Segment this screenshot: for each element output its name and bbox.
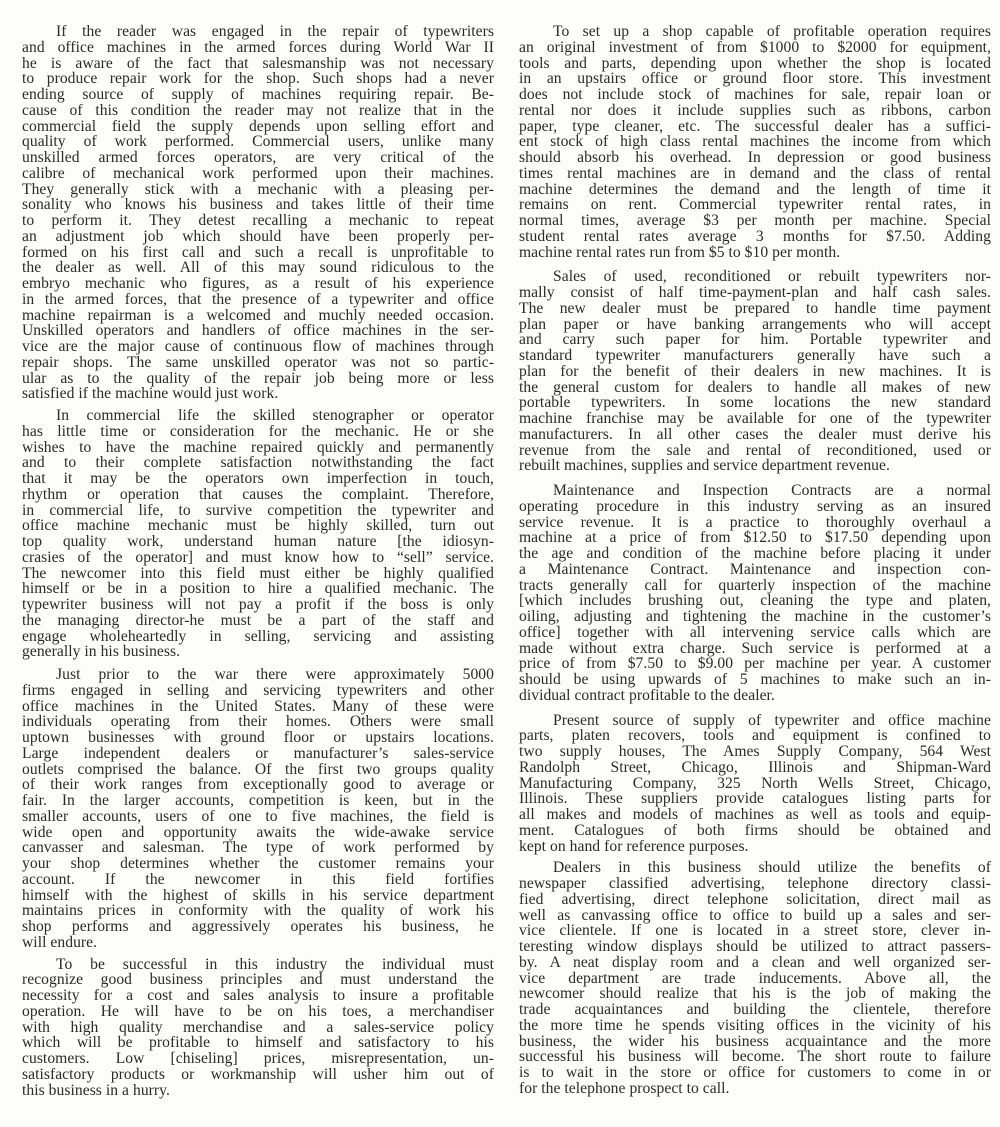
text-line: plan for the benefit of their dealers in… (519, 364, 991, 380)
text-line: canvasser and salesman. The type of work… (22, 840, 494, 856)
text-line: by. A neat display room and a clean and … (519, 955, 991, 971)
document-page: If the reader was engaged in the repair … (0, 0, 1000, 1127)
text-line: should be using upwards of 5 machines to… (519, 672, 991, 688)
text-line: formed on his first call and such a reca… (22, 245, 494, 261)
text-line: vice department are trade inducements. A… (519, 971, 991, 987)
text-line: machine determines the demand and the le… (519, 182, 991, 198)
text-line: Dealers in this business should utilize … (519, 860, 991, 876)
text-line: fied advertising, direct telephone solic… (519, 892, 991, 908)
text-line: manufacturers. In all other cases the de… (519, 427, 991, 443)
text-line: this business in a hurry. (22, 1083, 494, 1099)
text-line: To be successful in this industry the in… (22, 957, 494, 973)
text-line: Unskilled operators and handlers of offi… (22, 323, 494, 339)
text-line: operation. He will have to be on his toe… (22, 1004, 494, 1020)
text-line: Illinois. These suppliers provide catalo… (519, 791, 991, 807)
text-line: To set up a shop capable of profitable o… (519, 24, 991, 40)
text-line: your shop determines whether the custome… (22, 856, 494, 872)
text-line: to perform it. They detest recalling a m… (22, 213, 494, 229)
paragraph: Present source of supply of typewriter a… (519, 713, 991, 855)
text-line: office machines in the United States. Ma… (22, 699, 494, 715)
text-line: individuals operating from their homes. … (22, 714, 494, 730)
text-line: with high quality merchandise and a sale… (22, 1020, 494, 1036)
text-line: for the telephone prospect to call. (519, 1081, 991, 1097)
text-line: tools and parts, depending upon whether … (519, 56, 991, 72)
text-line: parts, platen recovers, tools and equipm… (519, 728, 991, 744)
text-line: Randolph Street, Chicago, Illinois and S… (519, 760, 991, 776)
text-line: and carry such paper for him. Portable t… (519, 332, 991, 348)
text-line: in the armed forces, that the presence o… (22, 292, 494, 308)
text-line: typewriter business will not pay a profi… (22, 597, 494, 613)
text-line: office] together with all intervening se… (519, 625, 991, 641)
text-line: mally consist of half time-payment-plan … (519, 285, 991, 301)
text-line: an original investment of from $1000 to … (519, 40, 991, 56)
text-line: If the reader was engaged in the repair … (22, 24, 494, 40)
text-line: embryo mechanic who figures, as a result… (22, 276, 494, 292)
text-line: crasies of the operator] and must know h… (22, 550, 494, 566)
text-line: commercial field the supply depends upon… (22, 119, 494, 135)
text-line: unskilled armed forces operators, are ve… (22, 150, 494, 166)
text-line: times rental machines are in demand and … (519, 166, 991, 182)
text-line: price of from $7.50 to $9.00 per machine… (519, 656, 991, 672)
text-line: dividual contract profitable to the deal… (519, 688, 991, 704)
text-line: portable typewriters. In some locations … (519, 395, 991, 411)
text-line: is to wait in the store or office for cu… (519, 1065, 991, 1081)
text-line: ending source of supply of machines requ… (22, 87, 494, 103)
text-line: Manufacturing Company, 325 North Wells S… (519, 776, 991, 792)
text-line: wishes to have the machine repaired quic… (22, 440, 494, 456)
text-line: [which includes brushing out, cleaning t… (519, 593, 991, 609)
text-line: made without extra charge. Such service … (519, 641, 991, 657)
paragraph: Maintenance and Inspection Contracts are… (519, 483, 991, 704)
text-line: which will be profitable to himself and … (22, 1035, 494, 1051)
text-line: maintains prices in conformity with the … (22, 903, 494, 919)
text-line: has little time or consideration for the… (22, 424, 494, 440)
text-line: business, the wider his business acquain… (519, 1034, 991, 1050)
text-line: an adjustment job which should have been… (22, 229, 494, 245)
text-line: operating procedure in this industry ser… (519, 499, 991, 515)
paragraph: To set up a shop capable of profitable o… (519, 24, 991, 260)
text-line: of their work ranges from exceptionally … (22, 777, 494, 793)
text-line: necessity for a cost and sales analysis … (22, 988, 494, 1004)
text-line: rhythm or operation that causes the comp… (22, 487, 494, 503)
text-line: trade acquaintances and building the cli… (519, 1002, 991, 1018)
text-line: ment. Catalogues of both firms should be… (519, 823, 991, 839)
text-line: machine repairman is a welcomed and much… (22, 308, 494, 324)
text-line: himself with the highest of skills in hi… (22, 888, 494, 904)
text-line: normal times, average $3 per month per m… (519, 213, 991, 229)
text-line: should absorb his overhead. In depressio… (519, 150, 991, 166)
text-line: Maintenance and Inspection Contracts are… (519, 483, 991, 499)
paragraph: Just prior to the war there were approxi… (22, 667, 494, 951)
text-line: firms engaged in selling and servicing t… (22, 683, 494, 699)
text-line: he is aware of the fact that salesmanshi… (22, 56, 494, 72)
text-line: The new dealer must be prepared to handl… (519, 301, 991, 317)
text-line: cause of this condition the reader may n… (22, 103, 494, 119)
text-line: and to their complete satisfaction notwi… (22, 455, 494, 471)
paragraph: To be successful in this industry the in… (22, 957, 494, 1099)
text-line: account. If the newcomer in this field f… (22, 872, 494, 888)
text-line: satisfied if the machine would just work… (22, 386, 494, 402)
text-line: newcomer should realize that his is the … (519, 986, 991, 1002)
text-line: engage wholeheartedly in selling, servic… (22, 629, 494, 645)
text-line: machine at a price of from $12.50 to $17… (519, 530, 991, 546)
text-line: standard typewriter manufacturers genera… (519, 348, 991, 364)
text-line: outlets comprised the balance. Of the fi… (22, 762, 494, 778)
text-line: fair. In the larger accounts, competitio… (22, 793, 494, 809)
text-line: teresting window displays should be util… (519, 939, 991, 955)
text-line: vice are the major cause of continuous f… (22, 339, 494, 355)
text-line: and office machines in the armed forces … (22, 40, 494, 56)
right-column: To set up a shop capable of profitable o… (519, 24, 991, 1097)
text-line: tracts generally call for quarterly insp… (519, 578, 991, 594)
text-line: a Maintenance Contract. Maintenance and … (519, 562, 991, 578)
text-line: In commercial life the skilled stenograp… (22, 408, 494, 424)
text-line: remains on rent. Commercial typewriter r… (519, 197, 991, 213)
text-line: the more time he spends visiting offices… (519, 1018, 991, 1034)
text-line: repair shops. The same unskilled operato… (22, 355, 494, 371)
text-line: ular as to the quality of the repair job… (22, 371, 494, 387)
text-line: to produce repair work for the shop. Suc… (22, 71, 494, 87)
text-line: Just prior to the war there were approxi… (22, 667, 494, 683)
text-line: oiling, adjusting and tightening the mac… (519, 609, 991, 625)
text-line: wide open and opportunity awaits the wid… (22, 825, 494, 841)
text-line: in commercial life, to survive competiti… (22, 503, 494, 519)
text-line: two supply houses, The Ames Supply Compa… (519, 744, 991, 760)
text-line: well as canvassing office to office to b… (519, 908, 991, 924)
text-line: generally in his business. (22, 644, 494, 660)
text-line: The newcomer into this field must either… (22, 566, 494, 582)
text-line: that it may be the operators own imperfe… (22, 471, 494, 487)
text-line: will endure. (22, 935, 494, 951)
text-line: office machine mechanic must be highly s… (22, 518, 494, 534)
text-line: They generally stick with a mechanic wit… (22, 182, 494, 198)
text-line: Large independent dealers or manufacture… (22, 746, 494, 762)
text-line: plan paper or have banking arrangements … (519, 317, 991, 333)
text-line: paper, type cleaner, etc. The successful… (519, 119, 991, 135)
text-line: satisfactory products or workmanship wil… (22, 1067, 494, 1083)
text-line: Sales of used, reconditioned or rebuilt … (519, 269, 991, 285)
text-line: kept on hand for reference purposes. (519, 839, 991, 855)
left-column: If the reader was engaged in the repair … (22, 24, 494, 1098)
text-line: Present source of supply of typewriter a… (519, 713, 991, 729)
text-line: machine rental rates run from $5 to $10 … (519, 245, 991, 261)
text-line: the dealer as well. All of this may soun… (22, 260, 494, 276)
paragraph: In commercial life the skilled stenograp… (22, 408, 494, 660)
text-line: ent stock of high class rental machines … (519, 134, 991, 150)
text-line: service revenue. It is a practice to tho… (519, 515, 991, 531)
text-line: newspaper classified advertising, teleph… (519, 876, 991, 892)
text-line: quality of work performed. Commercial us… (22, 134, 494, 150)
paragraph: Dealers in this business should utilize … (519, 860, 991, 1096)
text-line: the age and condition of the machine bef… (519, 546, 991, 562)
text-line: student rental rates average 3 months fo… (519, 229, 991, 245)
text-line: rental nor does it include supplies such… (519, 103, 991, 119)
text-line: shop performs and aggressively operates … (22, 919, 494, 935)
text-line: machine franchise may be available for o… (519, 411, 991, 427)
text-line: the managing director-he must be a part … (22, 613, 494, 629)
text-line: smaller accounts, users of one to five m… (22, 809, 494, 825)
text-line: rebuilt machines, supplies and service d… (519, 458, 991, 474)
text-line: revenue from the sale and rental of reco… (519, 443, 991, 459)
text-line: top quality work, understand human natur… (22, 534, 494, 550)
text-line: uptown businesses with ground floor or u… (22, 730, 494, 746)
text-line: successful his business will become. The… (519, 1049, 991, 1065)
text-line: vice clientele. If one is located in a s… (519, 923, 991, 939)
text-line: does not include stock of machines for s… (519, 87, 991, 103)
text-line: sonality who knows his business and take… (22, 197, 494, 213)
text-line: calibre of mechanical work performed upo… (22, 166, 494, 182)
paragraph: Sales of used, reconditioned or rebuilt … (519, 269, 991, 474)
paragraph: If the reader was engaged in the repair … (22, 24, 494, 402)
text-line: customers. Low [chiseling] prices, misre… (22, 1051, 494, 1067)
text-line: the general custom for dealers to handle… (519, 380, 991, 396)
text-line: recognize good business principles and m… (22, 972, 494, 988)
text-line: in an upstairs office or ground floor st… (519, 71, 991, 87)
text-line: himself or be in a position to hire a qu… (22, 581, 494, 597)
text-line: all makes and models of machines as well… (519, 807, 991, 823)
